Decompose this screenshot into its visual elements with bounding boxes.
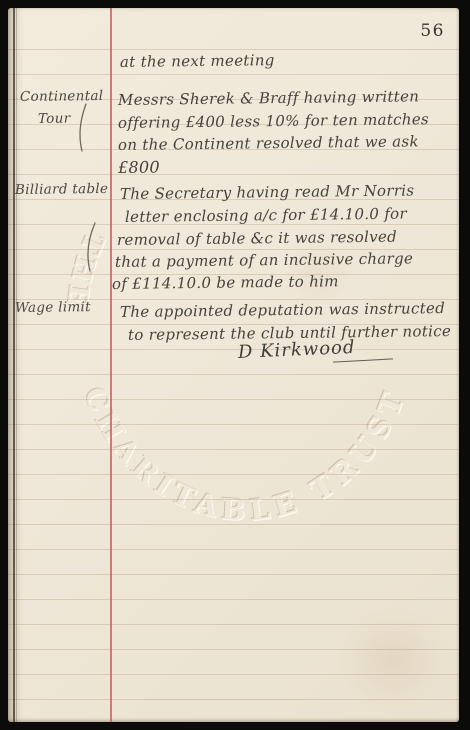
ledger-page: CHARITABLE TRUST THE CHARITABLE TRUST TH…: [8, 8, 459, 722]
margin-brackets: [8, 8, 459, 722]
margin-bracket: [88, 223, 95, 271]
margin-bracket: [80, 104, 86, 151]
scanned-ledger-frame: CHARITABLE TRUST THE CHARITABLE TRUST TH…: [0, 0, 470, 730]
